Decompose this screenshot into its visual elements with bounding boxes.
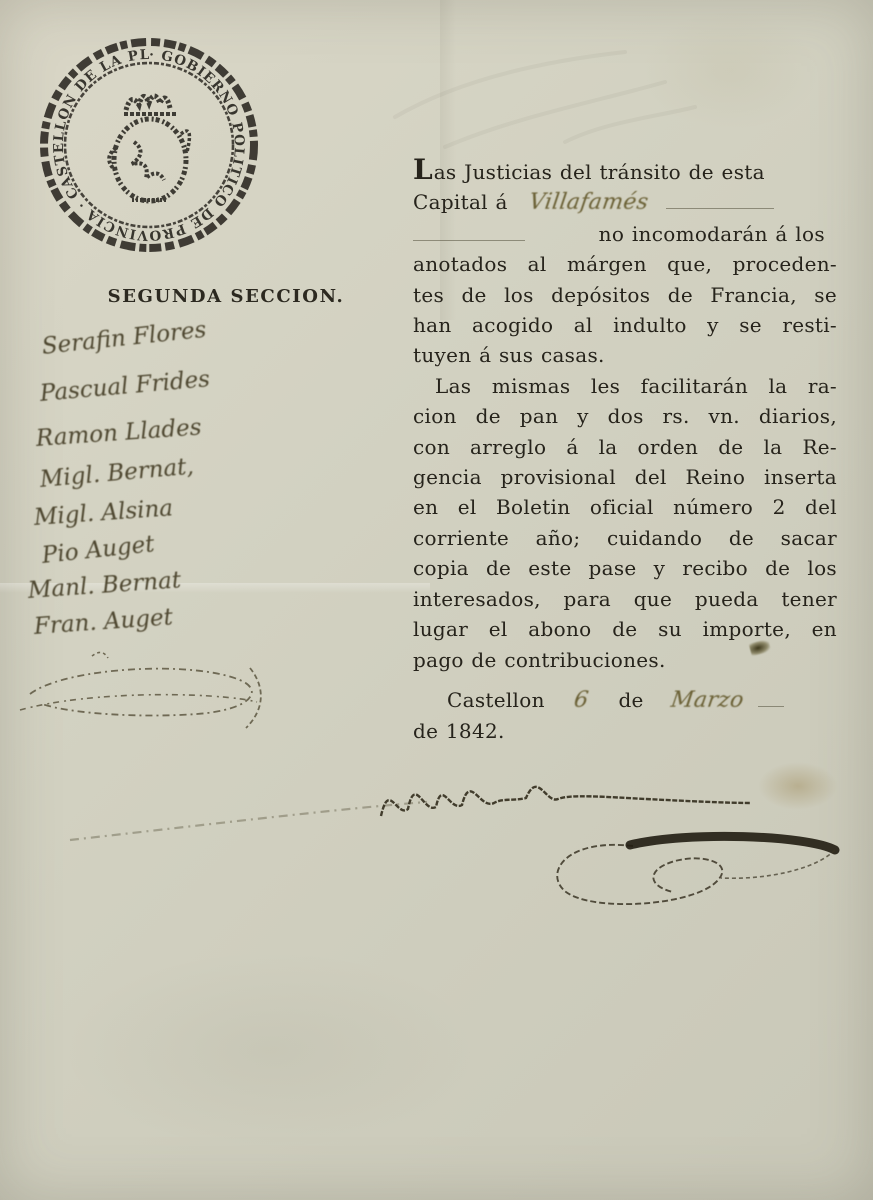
dateline-place: Castellon <box>447 688 545 712</box>
printed-line: pago de contribuciones. <box>413 645 837 675</box>
dateline-year: de 1842. <box>413 716 837 746</box>
printed-line: copia de este pase y recibo de los <box>413 553 837 583</box>
blank-rule <box>758 688 784 707</box>
printed-line: han acogido al indulto y se resti- <box>413 310 837 340</box>
margin-name: Pascual Frides <box>39 366 211 407</box>
printed-line: tuyen á sus casas. <box>413 340 837 370</box>
handwritten-month: Marzo <box>669 686 746 716</box>
signature-flourish-loop <box>557 845 722 904</box>
printed-line: tes de los depósitos de Francia, se <box>413 280 837 310</box>
rubric-flourish <box>12 648 280 740</box>
signature-left-tail <box>70 802 427 840</box>
printed-line: gencia provisional del Reino inserta <box>413 462 837 492</box>
dateline-de: de <box>618 688 643 712</box>
signature-flourish-return <box>721 850 835 878</box>
handwritten-destination: Villafamés <box>527 188 650 218</box>
margin-name: Manl. Bernat <box>27 567 182 604</box>
handwritten-day: 6 <box>572 686 591 716</box>
margin-name: Ramon Llades <box>35 414 202 452</box>
section-heading: SEGUNDA SECCION. <box>95 286 357 307</box>
printed-line: interesados, para que pueda tener <box>413 584 837 614</box>
printed-line: con arreglo á la orden de la Re- <box>413 432 837 462</box>
margin-name: Serafin Flores <box>41 317 208 360</box>
printed-line: cion de pan y dos rs. vn. diarios, <box>413 401 837 431</box>
printed-line: en el Boletin oficial número 2 del <box>413 492 837 522</box>
paper-mottle <box>60 950 480 1150</box>
blank-rule <box>666 190 774 209</box>
printed-line: Las Justicias del tránsito de esta <box>413 155 837 187</box>
dateline: Castellon 6 de Marzo <box>413 685 837 716</box>
ghost-pencil-marks <box>335 22 765 157</box>
printed-line: Capital á Villafamés <box>413 187 837 218</box>
seal-crest <box>109 96 189 201</box>
printed-line-text: Capital á <box>413 190 508 214</box>
blank-rule <box>413 222 525 241</box>
margin-name: Migl. Alsina <box>33 495 174 531</box>
printed-line: Las mismas les facilitarán la ra- <box>413 371 837 401</box>
printed-line-text: as Justicias del tránsito de esta <box>434 160 765 184</box>
margin-name: Migl. Bernat, <box>39 454 195 493</box>
printed-line: lugar el abono de su importe, en <box>413 614 837 644</box>
margin-name: Fran. Auget <box>33 604 174 640</box>
printed-line-text: no incomodarán á los <box>599 222 825 246</box>
signature <box>45 752 845 927</box>
printed-line: anotados al márgen que, proceden- <box>413 249 837 279</box>
official-seal: · GOBIERNO POLITICO DE PROVINCIA · CASTE… <box>28 28 272 266</box>
margin-name: Pio Auget <box>41 531 156 569</box>
seal-outer-ring <box>44 42 254 248</box>
printed-line: no incomodarán á los <box>413 219 837 249</box>
signature-name-stroke <box>381 787 751 816</box>
printed-text-column: Las Justicias del tránsito de esta Capit… <box>413 155 837 747</box>
drop-initial: L <box>413 153 434 186</box>
signature-flourish-heavy <box>630 836 835 850</box>
document-page: · GOBIERNO POLITICO DE PROVINCIA · CASTE… <box>0 0 873 1200</box>
printed-line: corriente año; cuidando de sacar <box>413 523 837 553</box>
